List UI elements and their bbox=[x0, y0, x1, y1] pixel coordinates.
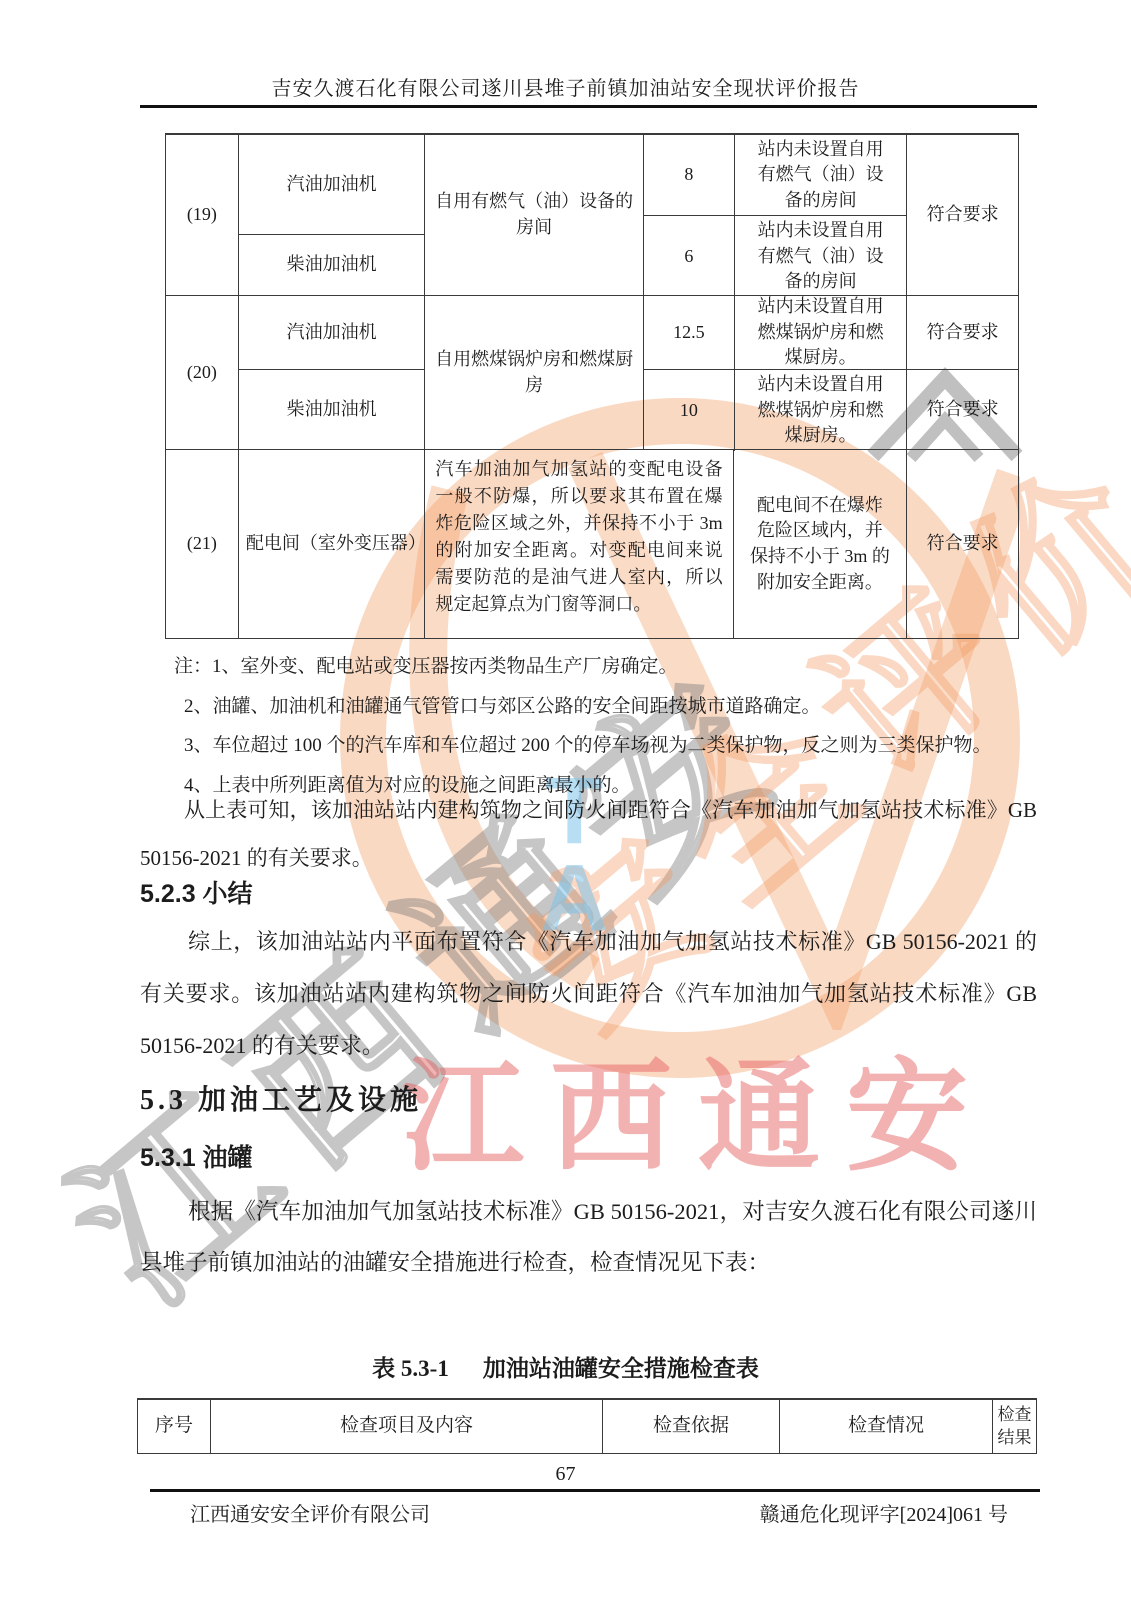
paragraph-5-3-1-intro: 根据《汽车加油加气加氢站技术标准》GB 50156-2021，对吉安久渡石化有限… bbox=[140, 1186, 1037, 1288]
t2-header-situation: 检查情况 bbox=[779, 1400, 992, 1453]
heading-5-3: 5.3 加油工艺及设施 bbox=[140, 1078, 422, 1118]
heading-5-2-3: 5.2.3 小结 bbox=[140, 874, 253, 910]
t1-g19-no: (19) bbox=[166, 135, 238, 295]
t1-g20-distance-bottom: 10 bbox=[644, 370, 734, 451]
page-number: 67 bbox=[0, 1463, 1131, 1486]
t1-g19-result: 符合要求 bbox=[906, 135, 1018, 295]
t1-g21-basis: 汽车加油加气加氢站的变配电设备一般不防爆，所以要求其布置在爆炸危险区域之外，并保… bbox=[424, 450, 732, 638]
t2-header-serial: 序号 bbox=[138, 1400, 210, 1453]
table-caption-title: 加油站油罐安全措施检查表 bbox=[483, 1356, 759, 1381]
t1-g20-item-bottom: 柴油加油机 bbox=[239, 369, 425, 449]
t1-g20-result-bottom: 符合要求 bbox=[907, 369, 1018, 449]
document-page: 江西通安 安全评价 T A 江西通安 吉安久渡石化有限公司遂川县堆子前镇加油站安… bbox=[0, 0, 1131, 1600]
t1-g20-situation-top: 站内未设置自用燃煤锅炉房和燃煤厨房。 bbox=[734, 296, 906, 369]
t1-g20-result-top: 符合要求 bbox=[907, 296, 1018, 369]
t1-g19-distance-bottom: 6 bbox=[644, 216, 734, 297]
page-header-title: 吉安久渡石化有限公司遂川县堆子前镇加油站安全现状评价报告 bbox=[0, 72, 1131, 101]
heading-5-3-1: 5.3.1 油罐 bbox=[140, 1138, 253, 1174]
footer-rule bbox=[150, 1489, 1040, 1492]
t1-g20-distance-top: 12.5 bbox=[644, 296, 734, 369]
t1-g20-item-top: 汽油加油机 bbox=[239, 296, 425, 369]
table-note-3: 3、车位超过 100 个的汽车库和车位超过 200 个的停车场视为二类保护物，反… bbox=[140, 730, 992, 757]
t1-g19-item-top: 汽油加油机 bbox=[239, 135, 425, 234]
t1-g21-no: (21) bbox=[166, 450, 238, 638]
paragraph-table-conclusion: 从上表可知，该加油站站内建构筑物之间防火间距符合《汽车加油加气加氢站技术标准》G… bbox=[140, 786, 1037, 882]
table-row-19: (19) 汽油加油机 柴油加油机 自用有燃气（油）设备的房间 8 站内未设置自用… bbox=[166, 135, 1018, 295]
table-note-2: 2、油罐、加油机和油罐通气管管口与郊区公路的安全间距按城市道路确定。 bbox=[140, 691, 821, 718]
fire-distance-table: (19) 汽油加油机 柴油加油机 自用有燃气（油）设备的房间 8 站内未设置自用… bbox=[165, 133, 1019, 639]
t1-g20-situation-bottom: 站内未设置自用燃煤锅炉房和燃煤厨房。 bbox=[734, 370, 906, 451]
header-rule bbox=[140, 105, 1037, 108]
table-row-21: (21) 配电间（室外变压器） 汽车加油加气加氢站的变配电设备一般不防爆，所以要… bbox=[166, 449, 1018, 638]
t1-g20-no: (20) bbox=[166, 296, 238, 449]
t1-g21-result: 符合要求 bbox=[906, 450, 1018, 638]
watermark-red-company-text: 江西通安 bbox=[402, 1056, 994, 1178]
table-row-20: (20) 汽油加油机 柴油加油机 自用燃煤锅炉房和燃煤厨房 12.5 站内未设置… bbox=[166, 295, 1018, 449]
t1-g21-situation: 配电间不在爆炸危险区域内，并保持不小于 3m 的附加安全距离。 bbox=[733, 450, 907, 638]
t1-g19-situation-top: 站内未设置自用有燃气（油）设备的房间 bbox=[734, 135, 906, 215]
footer-document-number: 赣通危化现评字[2024]061 号 bbox=[760, 1498, 1008, 1527]
table-note-1: 注：1、室外变、配电站或变压器按丙类物品生产厂房确定。 bbox=[140, 651, 678, 678]
paragraph-5-2-3-summary: 综上，该加油站站内平面布置符合《汽车加油加气加氢站技术标准》GB 50156-2… bbox=[140, 916, 1037, 1072]
t1-g21-item: 配电间（室外变压器） bbox=[238, 450, 425, 638]
t1-g20-facility: 自用燃煤锅炉房和燃煤厨房 bbox=[424, 296, 643, 449]
table-5-3-1-caption: 表 5.3-1加油站油罐安全措施检查表 bbox=[0, 1350, 1131, 1383]
t1-g19-item-bottom: 柴油加油机 bbox=[239, 234, 425, 295]
table-caption-number: 表 5.3-1 bbox=[372, 1356, 449, 1381]
t1-g19-distance-top: 8 bbox=[644, 135, 734, 215]
t2-header-result: 检查 结果 bbox=[992, 1400, 1036, 1453]
tank-check-table-header: 序号 检查项目及内容 检查依据 检查情况 检查 结果 bbox=[137, 1398, 1037, 1454]
t1-g19-situation-bottom: 站内未设置自用有燃气（油）设备的房间 bbox=[734, 216, 906, 297]
t2-header-item: 检查项目及内容 bbox=[210, 1400, 602, 1453]
footer-company-name: 江西通安安全评价有限公司 bbox=[190, 1498, 430, 1527]
t1-g19-facility: 自用有燃气（油）设备的房间 bbox=[424, 135, 643, 295]
t2-header-basis: 检查依据 bbox=[602, 1400, 779, 1453]
